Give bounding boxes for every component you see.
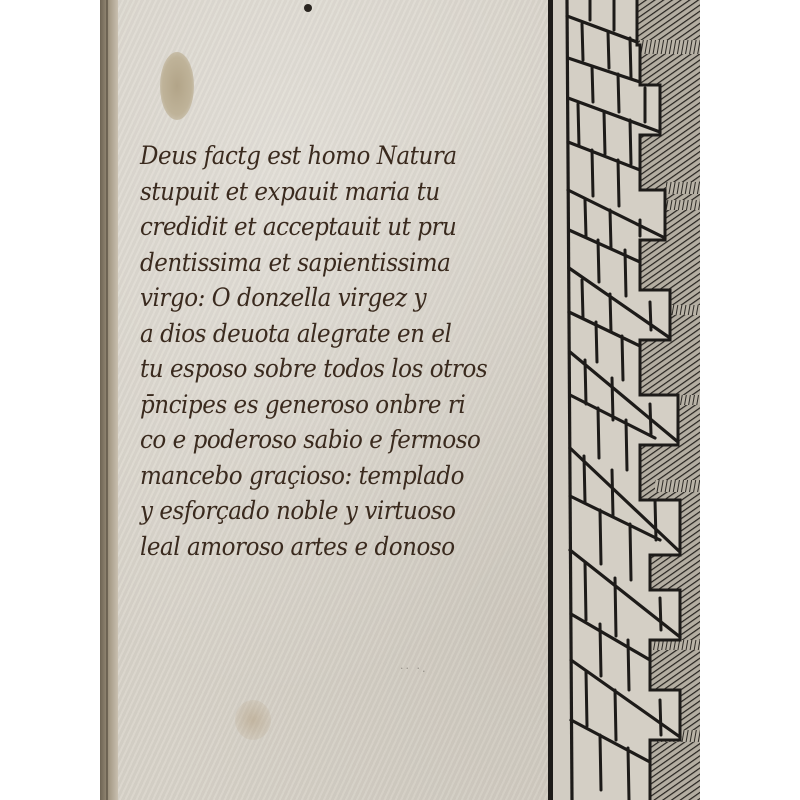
text-line: credidit et acceptauit ut pru: [140, 209, 517, 245]
faint-stain: [235, 700, 271, 740]
ink-dot: [304, 4, 312, 12]
text-line: leal amoroso artes e donoso: [140, 529, 517, 565]
water-stain: [160, 52, 194, 120]
text-line: Deus factg est homo Natura: [140, 138, 517, 174]
text-line: stupuit et expauit maria tu: [140, 174, 517, 210]
manuscript-page: ·· ·. Deus factg est homo Natura stupuit…: [100, 0, 700, 800]
text-line: mancebo graçioso: templado: [140, 458, 517, 494]
text-line: p̄ncipes es generoso onbre ri: [140, 387, 517, 423]
text-line: co e poderoso sabio e fermoso: [140, 422, 517, 458]
text-line: a dios deuota alegrate en el: [140, 316, 517, 352]
text-line: y esforçado noble y virtuoso: [140, 493, 517, 529]
photo-stage: ·· ·. Deus factg est homo Natura stupuit…: [0, 0, 800, 800]
handwritten-text-block: Deus factg est homo Natura stupuit et ex…: [140, 138, 550, 564]
text-line: dentissima et sapientissima: [140, 245, 517, 281]
text-line: tu esposo sobre todos los otros: [140, 351, 517, 387]
woodcut-tower: [548, 0, 700, 800]
binding-line: [106, 0, 108, 800]
page-binding-edge: [100, 0, 118, 800]
text-line: virgo: O donzella virgez y: [140, 280, 517, 316]
offset-ink-marks: ·· ·.: [400, 662, 460, 682]
